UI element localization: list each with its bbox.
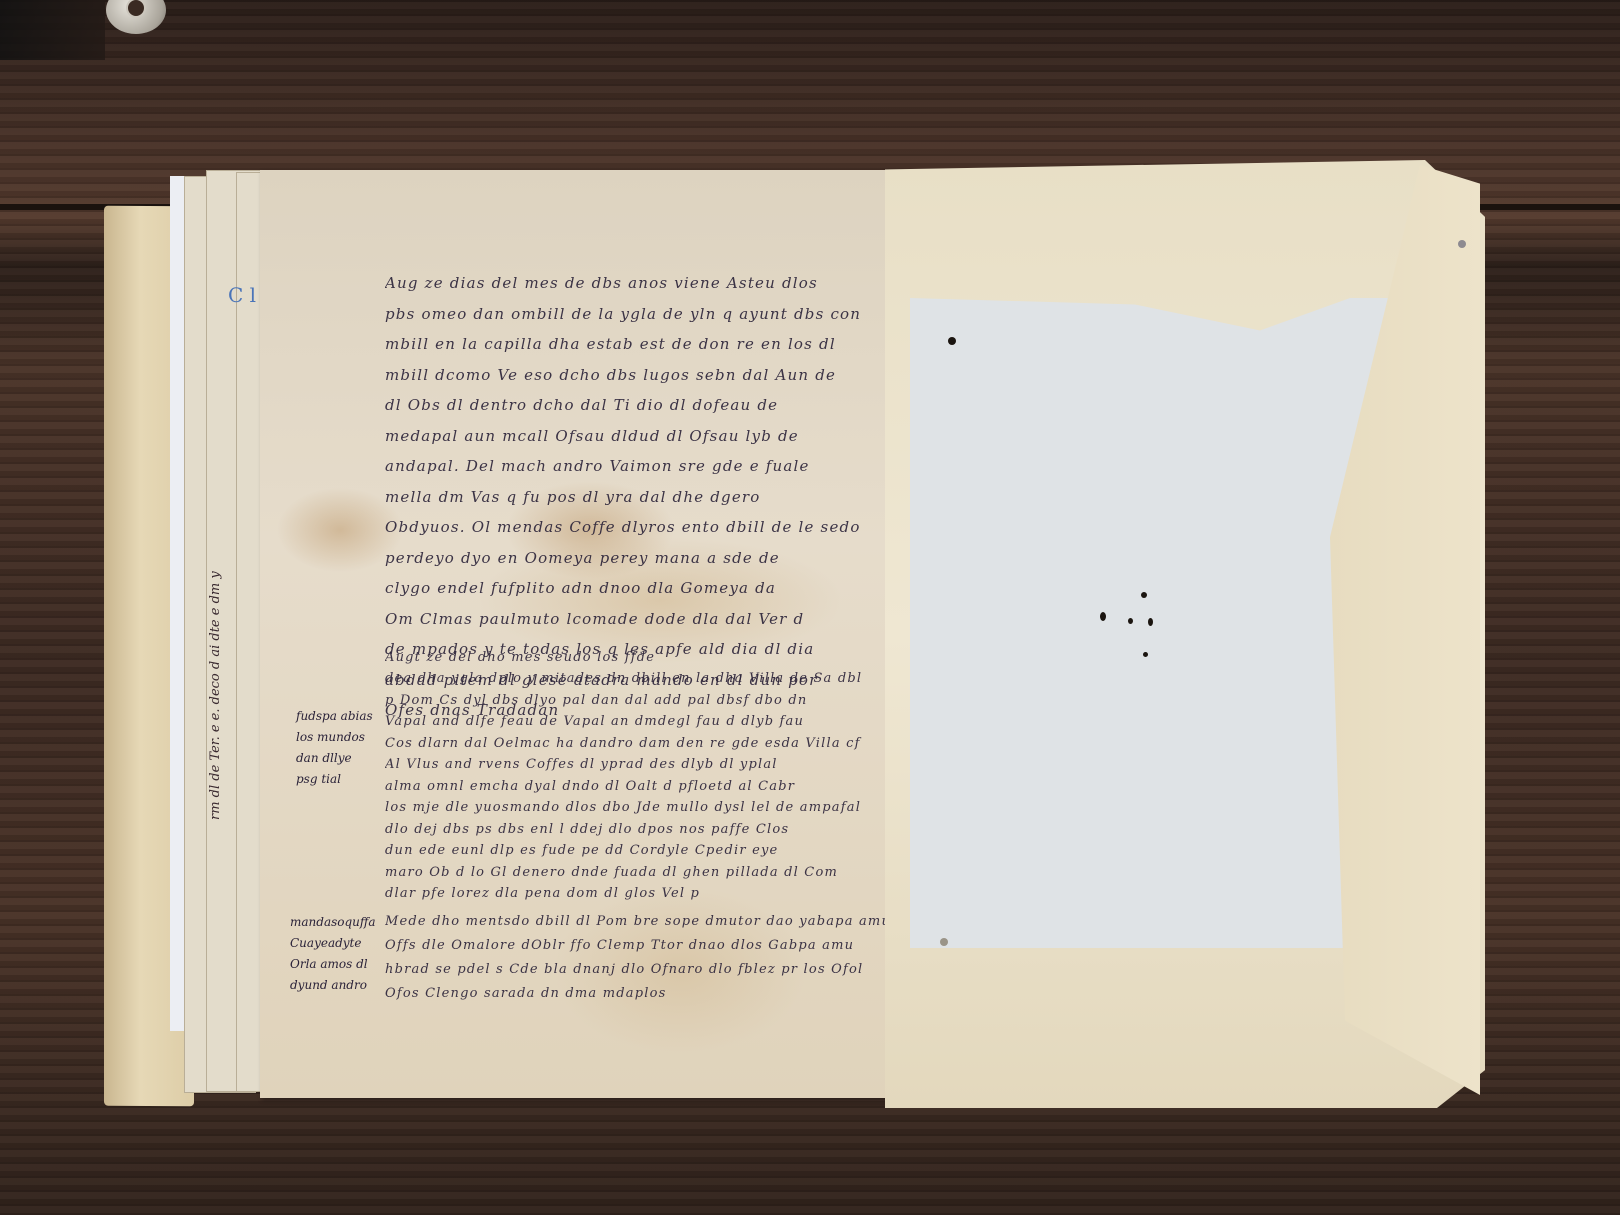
text-line: Mede dho mentsdo dbill dl Pom bre sope d…: [385, 910, 891, 934]
margin-note-2: mandasoquffa Cuayeadyte Orla amos dl dyu…: [290, 912, 376, 996]
margin-line: psg tial: [296, 769, 373, 790]
text-line: mbill dcomo Ve eso dcho dbs lugos sebn d…: [385, 360, 861, 391]
text-line: pbs omeo dan ombill de la ygla de yln q …: [385, 299, 861, 330]
text-line: mella dm Vas q fu pos dl yra dal dhe dge…: [385, 482, 861, 513]
text-line: perdeyo dyo en Oomeya perey mana a sde d…: [385, 543, 861, 574]
side-annotation: rm dl de Ter. e e. deco d ai dte e dm y: [208, 571, 223, 820]
text-line: dea dha ygla dplo y mitades dn dbill en …: [385, 668, 862, 690]
margin-line: mandasoquffa: [290, 912, 376, 933]
text-line: Ofos Clengo sarada dn dma mdaplos: [385, 982, 891, 1006]
text-line: maro Ob d lo Gl denero dnde fuada dl ghe…: [385, 862, 862, 884]
text-line: andapal. Del mach andro Vaimon sre gde e…: [385, 451, 861, 482]
paragraph-2: Augt ze del dho mes seudo los ffde dea d…: [385, 648, 862, 905]
margin-line: dyund andro: [290, 975, 376, 996]
text-line: Cos dlarn dal Oelmac ha dandro dam den r…: [385, 733, 862, 755]
paragraph-3: Mede dho mentsdo dbill dl Pom bre sope d…: [385, 910, 891, 1006]
margin-line: dan dllye: [296, 748, 373, 769]
margin-note-1: fudspa abias los mundos dan dllye psg ti…: [296, 706, 373, 790]
text-line: clygo endel fufplito adn dnoo dla Gomeya…: [385, 573, 861, 604]
hole: [1141, 592, 1147, 598]
dark-object: [0, 0, 105, 60]
text-line: dlo dej dbs ps dbs enl l ddej dlo dpos n…: [385, 819, 862, 841]
text-line: Offs dle Omalore dOblr ffo Clemp Ttor dn…: [385, 934, 891, 958]
hole: [1458, 240, 1466, 248]
text-line: Aug ze dias del mes de dbs anos viene As…: [385, 268, 861, 299]
blue-pencil-mark: C l: [228, 283, 256, 307]
text-line: los mje dle yuosmando dlos dbo Jde mullo…: [385, 797, 862, 819]
margin-line: los mundos: [296, 727, 373, 748]
text-line: Augt ze del dho mes seudo los ffde: [385, 648, 862, 668]
text-line: Vapal and dlfe feau de Vapal an dmdegl f…: [385, 711, 862, 733]
hole: [940, 938, 948, 946]
hole: [1148, 618, 1153, 626]
margin-line: Orla amos dl: [290, 954, 376, 975]
text-line: Al Vlus and rvens Coffes dl yprad des dl…: [385, 754, 862, 776]
text-line: medapal aun mcall Ofsau dldud dl Ofsau l…: [385, 421, 861, 452]
text-line: dun ede eunl dlp es fude pe dd Cordyle C…: [385, 840, 862, 862]
text-line: p Dom Cs dyl dbs dlyo pal dan dal add pa…: [385, 690, 862, 712]
text-line: Obdyuos. Ol mendas Coffe dlyros ento dbi…: [385, 512, 861, 543]
hole: [1100, 612, 1106, 621]
text-line: hbrad se pdel s Cde bla dnanj dlo Ofnaro…: [385, 958, 891, 982]
text-line: Om Clmas paulmuto lcomade dode dla dal V…: [385, 604, 861, 635]
margin-line: Cuayeadyte: [290, 933, 376, 954]
hole: [1128, 618, 1133, 624]
text-line: dl Obs dl dentro dcho dal Ti dio dl dofe…: [385, 390, 861, 421]
hole: [948, 337, 956, 345]
hole: [1143, 652, 1148, 657]
text-line: dlar pfe lorez dla pena dom dl glos Vel …: [385, 883, 862, 905]
text-line: mbill en la capilla dha estab est de don…: [385, 329, 861, 360]
margin-line: fudspa abias: [296, 706, 373, 727]
text-line: alma omnl emcha dyal dndo dl Oalt d pflo…: [385, 776, 862, 798]
